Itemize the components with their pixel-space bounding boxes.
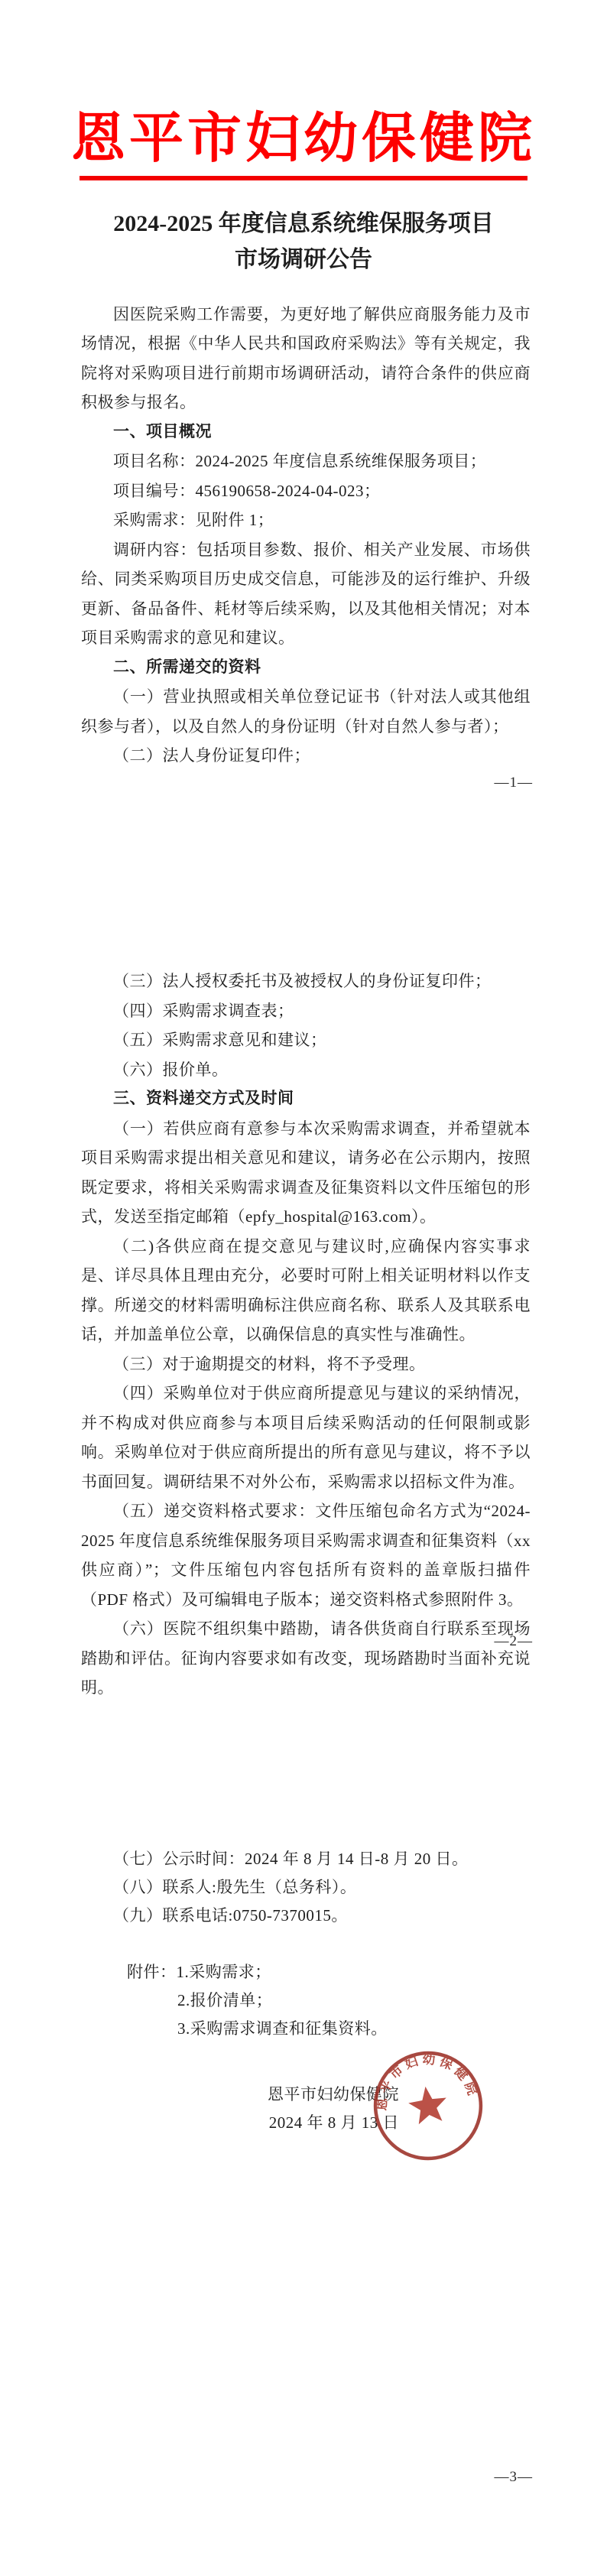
material-item-1: （一）营业执照或相关单位登记证书（针对法人或其他组织参与者），以及自然人的身份证… — [81, 682, 531, 741]
document-title-line2: 市场调研公告 — [0, 242, 607, 278]
submission-clause-6: （六）医院不组织集中踏勘，请各供货商自行联系至现场踏勘和评估。征询内容要求如有改… — [81, 1614, 531, 1703]
document-title: 2024-2025 年度信息系统维保服务项目 市场调研公告 — [0, 206, 607, 278]
page-number-1: —1— — [495, 775, 534, 791]
submission-clause-2: （二)各供应商在提交意见与建议时,应确保内容实事求是、详尽具体且理由充分，必要时… — [81, 1232, 531, 1350]
signature-org: 恩平市妇幼保健院 — [81, 2081, 399, 2109]
material-item-5: （五）采购需求意见和建议； — [81, 1025, 531, 1055]
intro-paragraph: 因医院采购工作需要，为更好地了解供应商服务能力及市场情况，根据《中华人民共和国政… — [81, 300, 531, 417]
material-item-4: （四）采购需求调查表； — [81, 996, 531, 1026]
signature-date: 2024 年 8 月 13 日 — [81, 2109, 399, 2137]
submission-clause-5: （五）递交资料格式要求：文件压缩包命名方式为“2024-2025 年度信息系统维… — [81, 1496, 531, 1614]
letterhead-org-title: 恩平市妇幼保健院 — [0, 0, 607, 169]
letterhead-red-rule — [80, 176, 527, 180]
attachment-item-1: 1.采购需求； — [177, 1963, 271, 1981]
page-3-body: （七）公示时间：2024 年 8 月 14 日-8 月 20 日。 （八）联系人… — [0, 1717, 607, 2137]
submission-clause-3: （三）对于逾期提交的材料，将不予受理。 — [81, 1350, 531, 1379]
material-item-2: （二）法人身份证复印件； — [81, 741, 531, 771]
attachments-list: 附件：1.采购需求； 2.报价清单； 3.采购需求调查和征集资料。 — [127, 1958, 531, 2043]
page-1-body: 因医院采购工作需要，为更好地了解供应商服务能力及市场情况，根据《中华人民共和国政… — [0, 300, 607, 771]
submission-clause-9: （九）联系电话:0750-7370015。 — [81, 1902, 531, 1930]
page-number-2: —2— — [495, 1633, 534, 1650]
document-title-line1: 2024-2025 年度信息系统维保服务项目 — [0, 206, 607, 242]
research-content-paragraph: 调研内容：包括项目参数、报价、相关产业发展、市场供给、同类采购项目历史成交信息，… — [81, 535, 531, 653]
page-number-3: —3— — [495, 2469, 534, 2486]
page-2: （三）法人授权委托书及被授权人的身份证复印件； （四）采购需求调查表； （五）采… — [0, 859, 607, 1717]
material-item-3: （三）法人授权委托书及被授权人的身份证复印件； — [81, 966, 531, 996]
submission-clause-4: （四）采购单位对于供应商所提意见与建议的采纳情况，并不构成对供应商参与本项目后续… — [81, 1379, 531, 1496]
project-number-line: 项目编号：456190658-2024-04-023； — [81, 476, 531, 506]
attachment-item-2: 2.报价清单； — [177, 1991, 272, 2009]
project-name-line: 项目名称：2024-2025 年度信息系统维保服务项目； — [81, 447, 531, 476]
seal-star-icon — [407, 2084, 450, 2125]
page-3: （七）公示时间：2024 年 8 月 14 日-8 月 20 日。 （八）联系人… — [0, 1717, 607, 2576]
submission-clause-8: （八）联系人:殷先生（总务科）。 — [81, 1873, 531, 1902]
attachment-row-1: 附件：1.采购需求； — [127, 1958, 531, 1986]
section-3-heading: 三、资料递交方式及时间 — [81, 1084, 531, 1114]
attachment-item-3: 3.采购需求调查和征集资料。 — [177, 2019, 388, 2038]
requirement-line: 采购需求：见附件 1； — [81, 505, 531, 535]
attachment-row-3: 3.采购需求调查和征集资料。 — [127, 2015, 531, 2043]
official-seal-stamp: 恩平市妇幼保健院 — [362, 2040, 494, 2172]
submission-clause-7: （七）公示时间：2024 年 8 月 14 日-8 月 20 日。 — [81, 1845, 531, 1873]
page-1: 恩平市妇幼保健院 2024-2025 年度信息系统维保服务项目 市场调研公告 因… — [0, 0, 607, 859]
page-2-body: （三）法人授权委托书及被授权人的身份证复印件； （四）采购需求调查表； （五）采… — [0, 859, 607, 1703]
section-1-heading: 一、项目概况 — [81, 417, 531, 447]
attachments-label: 附件： — [127, 1963, 177, 1981]
section-2-heading: 二、所需递交的资料 — [81, 653, 531, 683]
submission-clause-1: （一）若供应商有意参与本次采购需求调查，并希望就本项目采购需求提出相关意见和建议… — [81, 1114, 531, 1232]
attachment-row-2: 2.报价清单； — [127, 1986, 531, 2015]
material-item-6: （六）报价单。 — [81, 1055, 531, 1085]
announcement-document: 恩平市妇幼保健院 2024-2025 年度信息系统维保服务项目 市场调研公告 因… — [0, 0, 607, 2576]
